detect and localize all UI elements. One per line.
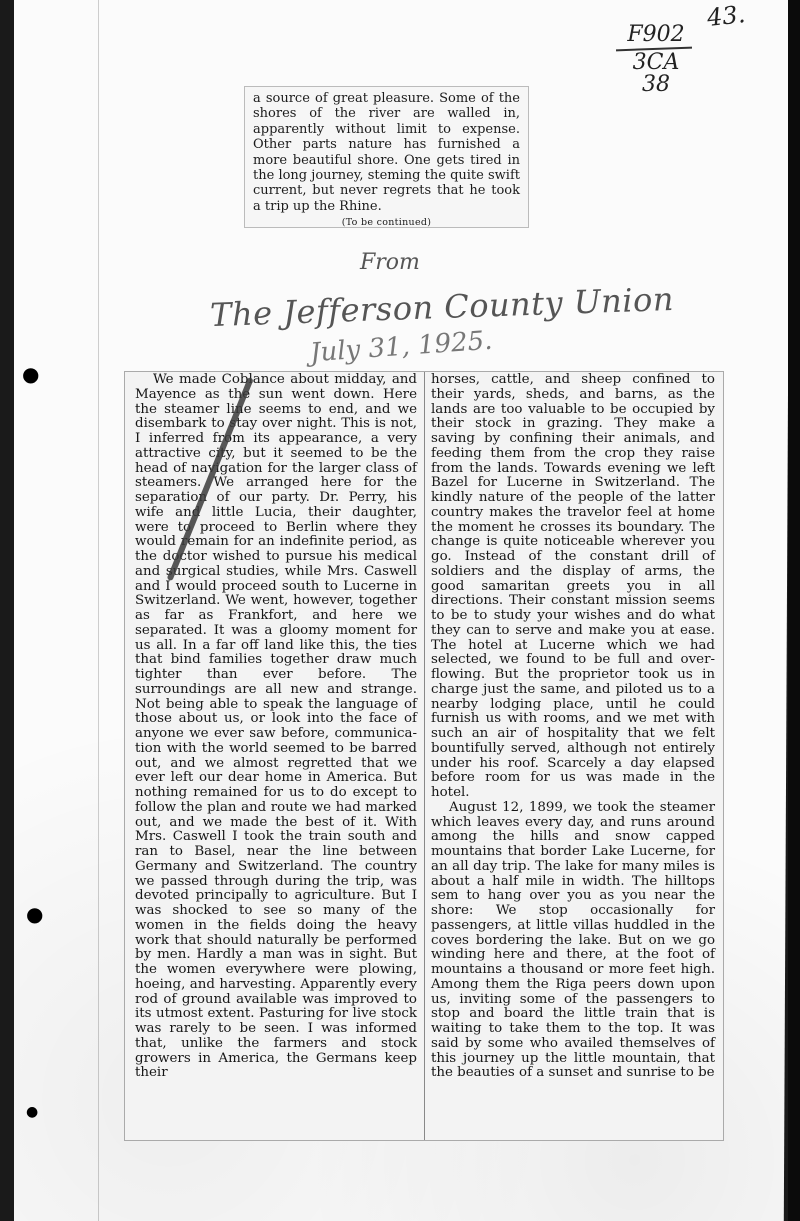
page-fold-line [98, 0, 99, 1221]
article-column-right: horses, cattle, and sheep confined to th… [424, 372, 723, 1140]
binder-hole-mark: ● [22, 362, 39, 386]
call-number-line-2: 3CA [620, 52, 692, 74]
clipping-top: a source of great pleasure. Some of the … [244, 86, 529, 228]
article-paragraph: August 12, 1899, we took the steam­er wh… [431, 801, 715, 1081]
article-paragraph: horses, cattle, and sheep confined to th… [431, 373, 715, 801]
clipping-main-article: We made Coblance about midday, and Mayen… [124, 371, 724, 1141]
article-paragraph: We made Coblance about midday, and Mayen… [135, 373, 417, 1081]
article-column-left: We made Coblance about midday, and Mayen… [125, 372, 424, 1140]
scan-border [788, 0, 800, 1221]
binder-hole-mark: ● [26, 902, 43, 926]
binder-hole-mark: ● [26, 1104, 38, 1120]
call-number-line-3: 38 [620, 74, 692, 96]
to-be-continued: (To be continued) [253, 215, 520, 230]
page-number: 43. [706, 0, 747, 32]
clipping-top-text: a source of great pleasure. Some of the … [253, 91, 520, 214]
handwritten-from: From [360, 250, 420, 275]
call-number: F902 3CA 38 [620, 24, 692, 96]
call-number-line-1: F902 [620, 24, 692, 46]
